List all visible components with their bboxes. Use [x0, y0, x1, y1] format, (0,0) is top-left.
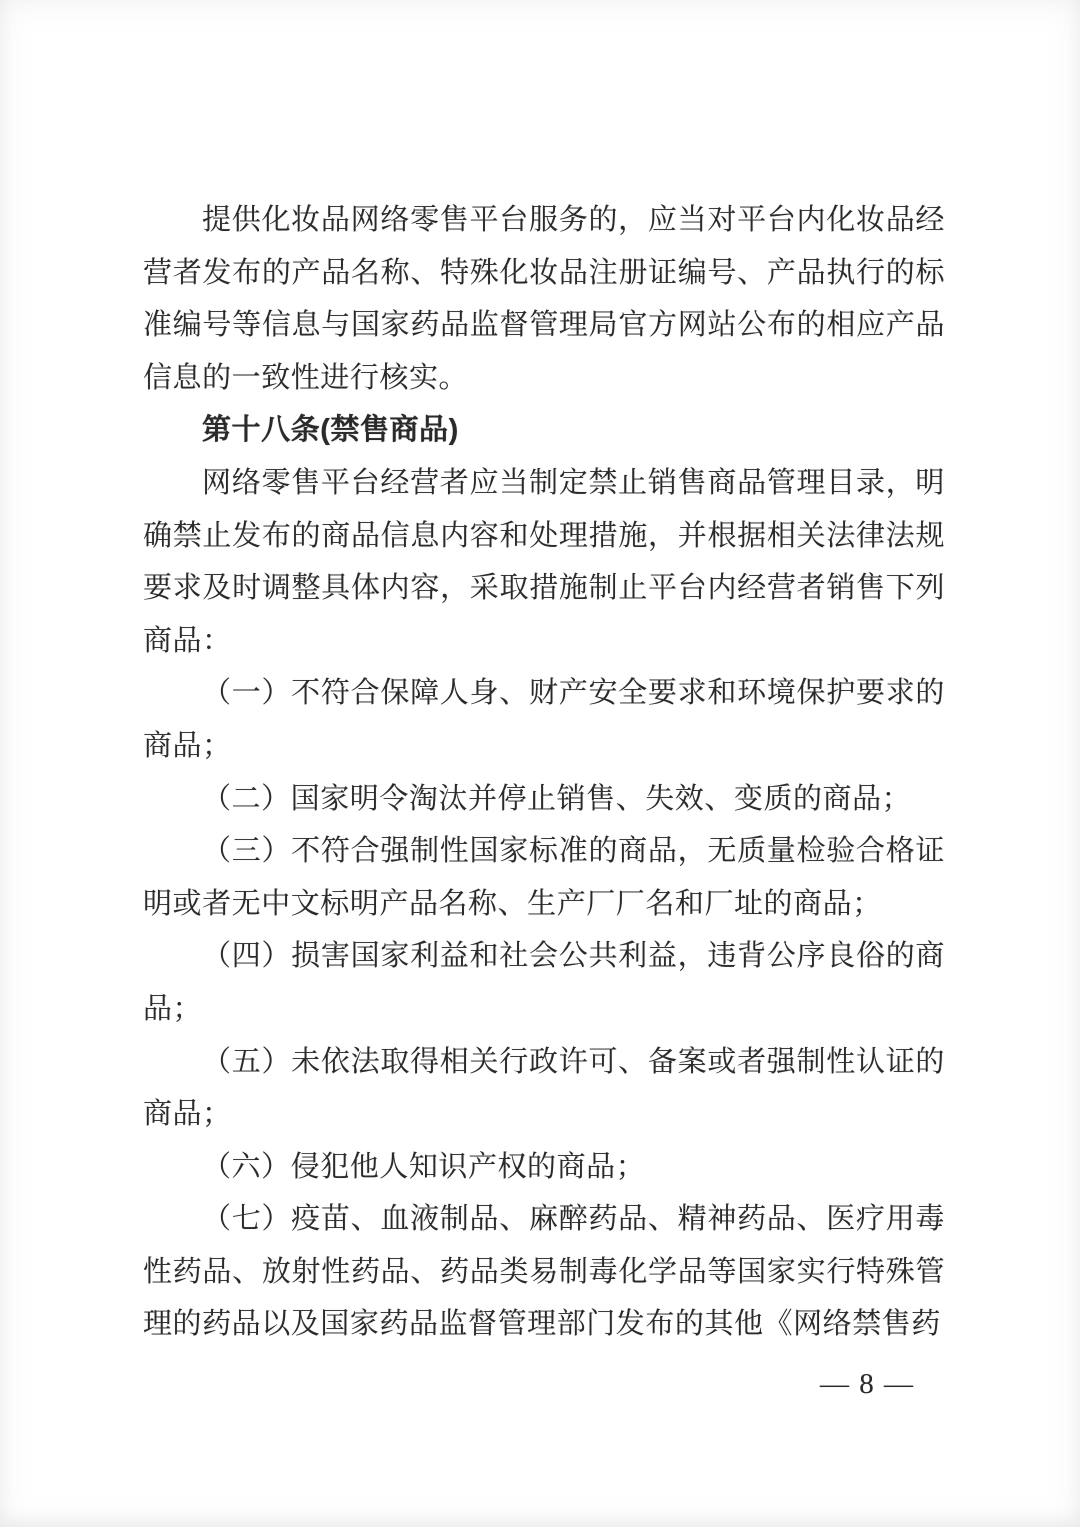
- paragraph-platform-verification: 提供化妆品网络零售平台服务的，应当对平台内化妆品经营者发布的产品名称、特殊化妆品…: [143, 194, 945, 404]
- document-page: 提供化妆品网络零售平台服务的，应当对平台内化妆品经营者发布的产品名称、特殊化妆品…: [0, 0, 1080, 1527]
- list-item-2: （二）国家明令淘汰并停止销售、失效、变质的商品；: [143, 773, 945, 826]
- paragraph-prohibited-catalog: 网络零售平台经营者应当制定禁止销售商品管理目录，明确禁止发布的商品信息内容和处理…: [143, 457, 945, 667]
- list-item-1: （一）不符合保障人身、财产安全要求和环境保护要求的商品；: [143, 667, 945, 772]
- article-18-heading: 第十八条(禁售商品): [143, 404, 945, 457]
- page-number: — 8 —: [820, 1368, 915, 1401]
- list-item-6: （六）侵犯他人知识产权的商品；: [143, 1141, 945, 1194]
- document-body: 提供化妆品网络零售平台服务的，应当对平台内化妆品经营者发布的产品名称、特殊化妆品…: [143, 194, 945, 1351]
- list-item-7: （七）疫苗、血液制品、麻醉药品、精神药品、医疗用毒性药品、放射性药品、药品类易制…: [143, 1193, 945, 1351]
- list-item-5: （五）未依法取得相关行政许可、备案或者强制性认证的商品；: [143, 1036, 945, 1141]
- list-item-3: （三）不符合强制性国家标准的商品，无质量检验合格证明或者无中文标明产品名称、生产…: [143, 825, 945, 930]
- list-item-4: （四）损害国家利益和社会公共利益，违背公序良俗的商品；: [143, 930, 945, 1035]
